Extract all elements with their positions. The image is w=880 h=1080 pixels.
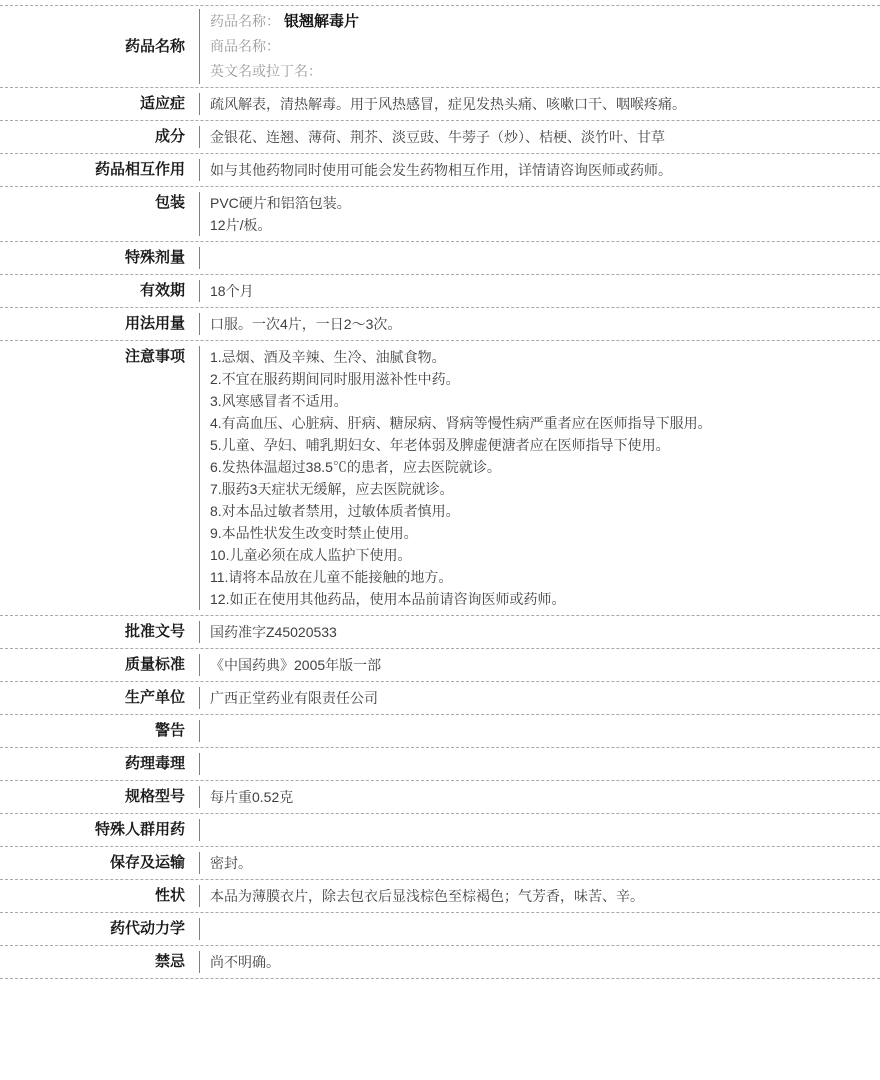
value-line: 本品为薄膜衣片，除去包衣后显浅棕色至棕褐色；气芳香，味苦、辛。 xyxy=(210,885,870,907)
row-label: 警告 xyxy=(0,720,200,742)
row-label: 批准文号 xyxy=(0,621,200,643)
table-row: 包装 PVC硬片和铝箔包装。12片/板。 xyxy=(0,187,880,242)
value-line: 《中国药典》2005年版一部 xyxy=(210,654,870,676)
row-label: 适应症 xyxy=(0,93,200,115)
row-value: 本品为薄膜衣片，除去包衣后显浅棕色至棕褐色；气芳香，味苦、辛。 xyxy=(200,885,880,907)
value-line: 2.不宜在服药期间同时服用滋补性中药。 xyxy=(210,368,870,390)
table-row: 成分 金银花、连翘、薄荷、荆芥、淡豆豉、牛蒡子（炒）、桔梗、淡竹叶、甘草 xyxy=(0,121,880,154)
row-label: 包装 xyxy=(0,192,200,236)
table-row: 药品相互作用 如与其他药物同时使用可能会发生药物相互作用，详情请咨询医师或药师。 xyxy=(0,154,880,187)
table-row: 性状 本品为薄膜衣片，除去包衣后显浅棕色至棕褐色；气芳香，味苦、辛。 xyxy=(0,880,880,913)
row-label: 特殊剂量 xyxy=(0,247,200,269)
table-row: 有效期 18个月 xyxy=(0,275,880,308)
row-value: 尚不明确。 xyxy=(200,951,880,973)
row-value xyxy=(200,753,880,775)
row-value: 广西正堂药业有限责任公司 xyxy=(200,687,880,709)
table-row: 质量标准 《中国药典》2005年版一部 xyxy=(0,649,880,682)
value-line: 4.有高血压、心脏病、肝病、糖尿病、肾病等慢性病严重者应在医师指导下服用。 xyxy=(210,412,870,434)
value-line: 3.风寒感冒者不适用。 xyxy=(210,390,870,412)
row-label-text: 药品名称 xyxy=(125,36,185,58)
row-value: PVC硬片和铝箔包装。12片/板。 xyxy=(200,192,880,236)
row-value: 疏风解表，清热解毒。用于风热感冒，症见发热头痛、咳嗽口干、咽喉疼痛。 xyxy=(200,93,880,115)
row-label: 药理毒理 xyxy=(0,753,200,775)
table-row: 警告 xyxy=(0,715,880,748)
row-value: 如与其他药物同时使用可能会发生药物相互作用，详情请咨询医师或药师。 xyxy=(200,159,880,181)
value-line: 每片重0.52克 xyxy=(210,786,870,808)
table-row: 适应症 疏风解表，清热解毒。用于风热感冒，症见发热头痛、咳嗽口干、咽喉疼痛。 xyxy=(0,88,880,121)
table-row-drug-name: 药品名称 药品名称：银翘解毒片 商品名称： 英文名或拉丁名： xyxy=(0,6,880,88)
value-line: 1.忌烟、酒及辛辣、生冷、油腻食物。 xyxy=(210,346,870,368)
value-line: 疏风解表，清热解毒。用于风热感冒，症见发热头痛、咳嗽口干、咽喉疼痛。 xyxy=(210,93,870,115)
row-label: 药品名称 xyxy=(0,9,200,84)
row-label: 特殊人群用药 xyxy=(0,819,200,841)
row-label: 药品相互作用 xyxy=(0,159,200,181)
trade-name-sub-label: 商品名称： xyxy=(210,38,280,54)
row-label: 注意事项 xyxy=(0,346,200,610)
value-line: 口服。一次4片，一日2～3次。 xyxy=(210,313,870,335)
row-value: 国药准字Z45020533 xyxy=(200,621,880,643)
row-value xyxy=(200,720,880,742)
table-row: 规格型号 每片重0.52克 xyxy=(0,781,880,814)
table-row: 用法用量 口服。一次4片，一日2～3次。 xyxy=(0,308,880,341)
value-line: PVC硬片和铝箔包装。 xyxy=(210,192,870,214)
table-row: 特殊剂量 xyxy=(0,242,880,275)
value-line: 广西正堂药业有限责任公司 xyxy=(210,687,870,709)
table-row: 批准文号 国药准字Z45020533 xyxy=(0,616,880,649)
value-line: 密封。 xyxy=(210,852,870,874)
row-label: 有效期 xyxy=(0,280,200,302)
row-label: 成分 xyxy=(0,126,200,148)
value-line: 12.如正在使用其他药品，使用本品前请咨询医师或药师。 xyxy=(210,588,870,610)
row-label: 质量标准 xyxy=(0,654,200,676)
drug-info-table: 药品名称 药品名称：银翘解毒片 商品名称： 英文名或拉丁名： 适应症 疏风解表，… xyxy=(0,5,880,979)
row-value: 《中国药典》2005年版一部 xyxy=(200,654,880,676)
value-line: 9.本品性状发生改变时禁止使用。 xyxy=(210,522,870,544)
value-line: 10.儿童必须在成人监护下使用。 xyxy=(210,544,870,566)
trade-name-line: 商品名称： xyxy=(210,34,870,59)
row-value xyxy=(200,819,880,841)
row-label: 药代动力学 xyxy=(0,918,200,940)
row-label: 用法用量 xyxy=(0,313,200,335)
value-line: 18个月 xyxy=(210,280,870,302)
row-label: 规格型号 xyxy=(0,786,200,808)
row-value: 18个月 xyxy=(200,280,880,302)
value-line: 如与其他药物同时使用可能会发生药物相互作用，详情请咨询医师或药师。 xyxy=(210,159,870,181)
row-label: 性状 xyxy=(0,885,200,907)
row-value: 1.忌烟、酒及辛辣、生冷、油腻食物。2.不宜在服药期间同时服用滋补性中药。3.风… xyxy=(200,346,880,610)
table-row: 药代动力学 xyxy=(0,913,880,946)
value-line: 国药准字Z45020533 xyxy=(210,621,870,643)
table-row: 药理毒理 xyxy=(0,748,880,781)
row-value xyxy=(200,918,880,940)
value-line: 12片/板。 xyxy=(210,214,870,236)
row-label: 生产单位 xyxy=(0,687,200,709)
row-label: 禁忌 xyxy=(0,951,200,973)
value-line: 尚不明确。 xyxy=(210,951,870,973)
row-value xyxy=(200,247,880,269)
drug-name-value: 银翘解毒片 xyxy=(284,13,359,30)
row-label: 保存及运输 xyxy=(0,852,200,874)
row-value: 金银花、连翘、薄荷、荆芥、淡豆豉、牛蒡子（炒）、桔梗、淡竹叶、甘草 xyxy=(200,126,880,148)
value-line: 8.对本品过敏者禁用，过敏体质者慎用。 xyxy=(210,500,870,522)
value-line: 11.请将本品放在儿童不能接触的地方。 xyxy=(210,566,870,588)
table-row: 生产单位 广西正堂药业有限责任公司 xyxy=(0,682,880,715)
row-value: 每片重0.52克 xyxy=(200,786,880,808)
drug-name-sub-label: 药品名称： xyxy=(210,13,280,29)
value-line: 5.儿童、孕妇、哺乳期妇女、年老体弱及脾虚便溏者应在医师指导下使用。 xyxy=(210,434,870,456)
table-row: 禁忌 尚不明确。 xyxy=(0,946,880,979)
value-line: 6.发热体温超过38.5℃的患者，应去医院就诊。 xyxy=(210,456,870,478)
table-row: 特殊人群用药 xyxy=(0,814,880,847)
latin-name-line: 英文名或拉丁名： xyxy=(210,59,870,84)
value-line: 金银花、连翘、薄荷、荆芥、淡豆豉、牛蒡子（炒）、桔梗、淡竹叶、甘草 xyxy=(210,126,870,148)
value-line: 7.服药3天症状无缓解，应去医院就诊。 xyxy=(210,478,870,500)
drug-name-line: 药品名称：银翘解毒片 xyxy=(210,9,870,34)
table-row: 保存及运输 密封。 xyxy=(0,847,880,880)
table-row: 注意事项 1.忌烟、酒及辛辣、生冷、油腻食物。2.不宜在服药期间同时服用滋补性中… xyxy=(0,341,880,616)
row-value: 密封。 xyxy=(200,852,880,874)
latin-name-sub-label: 英文名或拉丁名： xyxy=(210,63,322,79)
row-value: 口服。一次4片，一日2～3次。 xyxy=(200,313,880,335)
row-value: 药品名称：银翘解毒片 商品名称： 英文名或拉丁名： xyxy=(200,9,880,84)
